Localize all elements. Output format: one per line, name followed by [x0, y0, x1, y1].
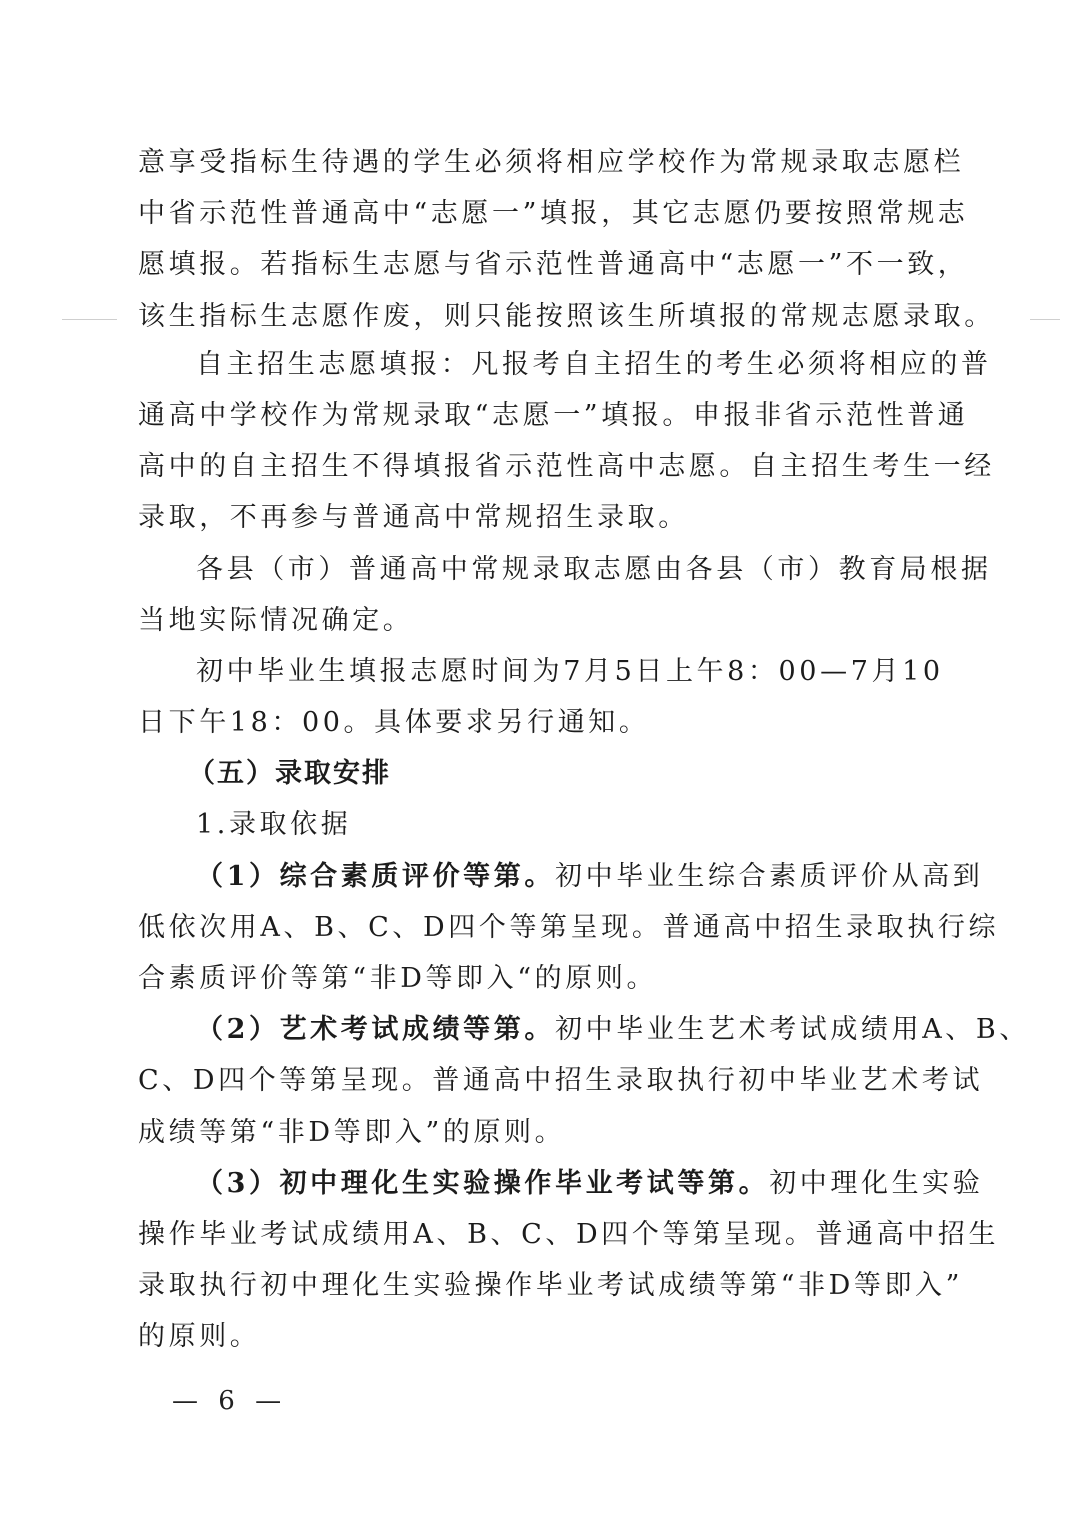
paragraph-line: 自主招生志愿填报：凡报考自主招生的考生必须将相应的普 — [138, 339, 944, 390]
body-text: 意享受指标生待遇的学生必须将相应学校作为常规录取志愿栏 中省示范性普通高中“志愿… — [138, 137, 944, 1363]
scan-artifact-right — [1030, 319, 1060, 320]
criterion-text: 初中毕业生艺术考试成绩用A、B、 — [555, 1014, 1030, 1045]
paragraph-line: 录取，不再参与普通高中常规招生录取。 — [138, 492, 944, 543]
paragraph-line: 低依次用A、B、C、D四个等第呈现。普通高中招生录取执行综 — [138, 902, 944, 953]
criterion-label: （3）初中理化生实验操作毕业考试等第。 — [196, 1168, 769, 1199]
criterion-line: （3）初中理化生实验操作毕业考试等第。初中理化生实验 — [138, 1158, 944, 1209]
paragraph-line: 操作毕业考试成绩用A、B、C、D四个等第呈现。普通高中招生 — [138, 1209, 944, 1260]
subsection-heading: 1.录取依据 — [138, 799, 944, 850]
criterion-label: （2）艺术考试成绩等第。 — [196, 1014, 555, 1045]
section-heading: （五）录取安排 — [138, 748, 944, 799]
criterion-line: （1）综合素质评价等第。初中毕业生综合素质评价从高到 — [138, 851, 944, 902]
paragraph-line: 的原则。 — [138, 1311, 944, 1362]
paragraph-line: 合素质评价等第“非D等即入“的原则。 — [138, 953, 944, 1004]
paragraph-line: 该生指标生志愿作废，则只能按照该生所填报的常规志愿录取。 — [138, 291, 944, 342]
document-page: 意享受指标生待遇的学生必须将相应学校作为常规录取志愿栏 中省示范性普通高中“志愿… — [0, 0, 1080, 1527]
paragraph-line: 日下午18：00。具体要求另行通知。 — [138, 697, 944, 748]
paragraph-line: 高中的自主招生不得填报省示范性高中志愿。自主招生考生一经 — [138, 441, 944, 492]
paragraph-line: 录取执行初中理化生实验操作毕业考试成绩等第“非D等即入” — [138, 1260, 944, 1311]
criterion-text: 初中毕业生综合素质评价从高到 — [555, 861, 983, 892]
scan-artifact-left — [62, 319, 117, 320]
page-number: — 6 — — [172, 1386, 287, 1416]
paragraph-line: C、D四个等第呈现。普通高中招生录取执行初中毕业艺术考试 — [138, 1055, 944, 1106]
paragraph-line: 通高中学校作为常规录取“志愿一”填报。申报非省示范性普通 — [138, 390, 944, 441]
paragraph-line: 当地实际情况确定。 — [138, 595, 944, 646]
paragraph-line: 初中毕业生填报志愿时间为7月5日上午8：00—7月10 — [138, 646, 944, 697]
criterion-line: （2）艺术考试成绩等第。初中毕业生艺术考试成绩用A、B、 — [138, 1004, 944, 1055]
paragraph-line: 中省示范性普通高中“志愿一”填报，其它志愿仍要按照常规志 — [138, 188, 944, 239]
paragraph-line: 愿填报。若指标生志愿与省示范性普通高中“志愿一”不一致， — [138, 239, 944, 290]
criterion-text: 初中理化生实验 — [769, 1168, 983, 1199]
paragraph-line: 意享受指标生待遇的学生必须将相应学校作为常规录取志愿栏 — [138, 137, 944, 188]
paragraph-line: 各县（市）普通高中常规录取志愿由各县（市）教育局根据 — [138, 544, 944, 595]
criterion-label: （1）综合素质评价等第。 — [196, 861, 555, 892]
paragraph-line: 成绩等第“非D等即入”的原则。 — [138, 1107, 944, 1158]
